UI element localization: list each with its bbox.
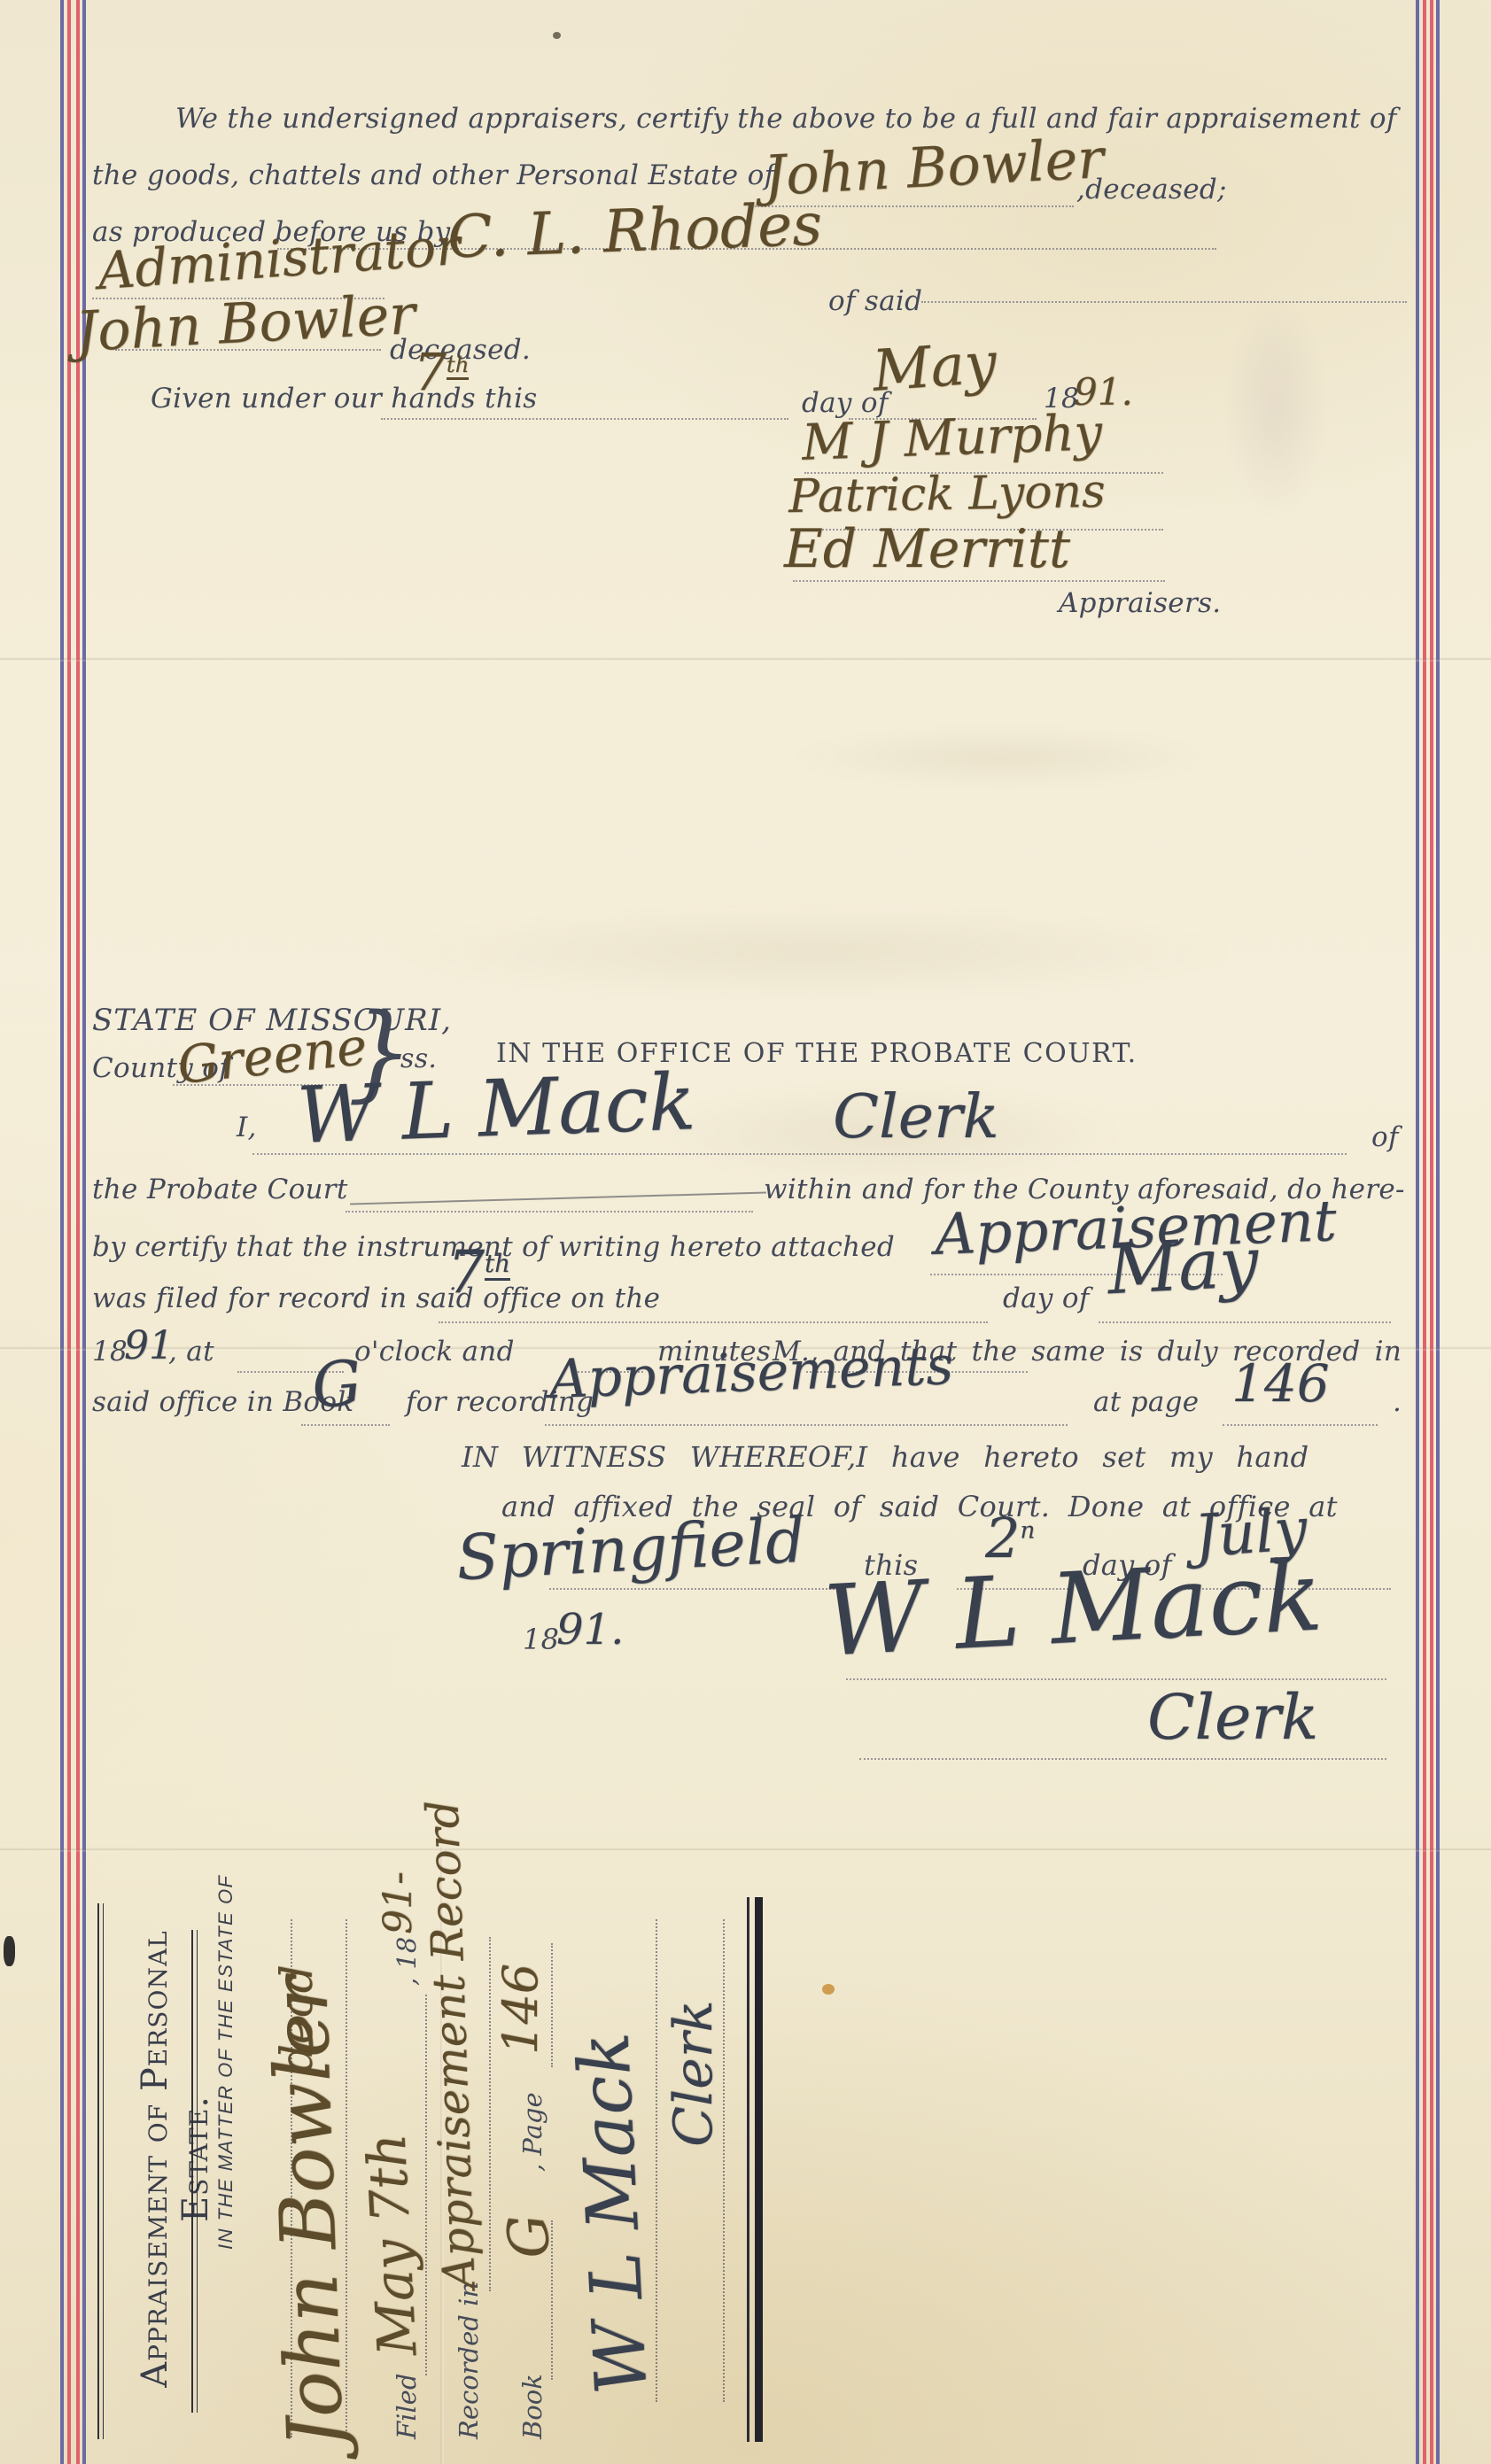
dotted-line: [921, 301, 1407, 303]
dotted-line: [439, 1321, 988, 1323]
docket-title: Appraisement of Personal Estate.: [135, 1873, 216, 2445]
witness-year-printed: 18: [523, 1623, 559, 1656]
dotted-line: [301, 1424, 390, 1426]
dotted-line: [381, 418, 788, 420]
document-scan: We the undersigned appraisers, certify t…: [0, 0, 1491, 2464]
ink-bleed-ghost: [372, 903, 1258, 1001]
docket-rule-bottom-thin: [747, 1897, 749, 2442]
docket-filed-label: Filed: [392, 2374, 422, 2439]
dotted-line: [115, 349, 381, 351]
docket-rule-bottom-thick: [755, 1897, 763, 2442]
page-entry: 146: [1231, 1353, 1330, 1414]
filed-day-entry: 7th: [447, 1238, 510, 1306]
clerk-signature-title: Clerk: [1147, 1681, 1318, 1754]
docket-dotted-line: [723, 1919, 725, 2402]
i-label: I,: [237, 1112, 257, 1143]
docket-rule-top: [97, 1903, 104, 2439]
docket-book-entry: G: [494, 2212, 563, 2261]
dotted-line: [545, 1424, 1068, 1426]
docket-page-label: , Page: [517, 2092, 547, 2172]
fold-crease: [0, 657, 1491, 662]
period: .: [1393, 1386, 1402, 1418]
docket-book-label: Book: [517, 2374, 547, 2439]
at-page-label: at page: [1093, 1386, 1199, 1418]
docket-dotted-line: [656, 1919, 657, 2402]
docket-page-entry: 146: [493, 1964, 548, 2055]
paper-speck: [553, 32, 561, 39]
filed-day-suffix: th: [485, 1249, 510, 1281]
probate-court-label: the Probate Court: [92, 1174, 348, 1205]
docket-clerk-signature: W L Mack: [562, 2031, 663, 2397]
book-entry: G: [309, 1346, 365, 1423]
paper-smudge: [1223, 292, 1329, 523]
filed-text: was filed for record in said office on t…: [92, 1282, 660, 1314]
docket-decd-entry: decd: [271, 1964, 322, 2073]
witness-day-suffix: n: [1020, 1517, 1035, 1544]
dotted-line: [346, 1211, 753, 1213]
dotted-line: [1223, 1424, 1378, 1426]
day-suffix: th: [447, 352, 469, 380]
certify-line2-end: ,deceased;: [1076, 174, 1227, 205]
administrator-name-entry: C. L. Rhodes: [447, 190, 823, 272]
dotted-line: [859, 1758, 1386, 1760]
docket-dotted-line: [551, 1943, 553, 2067]
paper-stain: [822, 1984, 835, 1995]
docket-rule-2: [191, 1930, 198, 2413]
recording-type-entry: Appraisements: [548, 1335, 954, 1411]
dotted-line: [1099, 1321, 1391, 1323]
docket-year-written: 91-: [376, 1871, 421, 1934]
probate-year-printed: 18: [92, 1336, 128, 1368]
dotted-line: [793, 580, 1165, 582]
day-number: 7: [414, 342, 447, 402]
appraiser-signature-1: M J Murphy: [801, 404, 1103, 472]
month-entry: May: [871, 330, 999, 405]
certify-line2-text: the goods, chattels and other Personal E…: [92, 159, 774, 191]
filed-day-of-label: day of: [1003, 1282, 1090, 1314]
ink-bleed-ghost: [780, 726, 1223, 788]
docket-matter-label: IN THE MATTER OF THE ESTATE OF: [214, 1875, 237, 2251]
docket-filed-date-entry: May 7th: [355, 2132, 429, 2357]
right-border-red-outer: [1430, 0, 1433, 2464]
of-label: of: [1371, 1121, 1399, 1153]
filed-day-number: 7: [447, 1238, 485, 1306]
dotted-line: [846, 1678, 1386, 1680]
stray-ink-stroke: [350, 1191, 766, 1205]
of-said-label: of said: [828, 285, 922, 317]
edge-mark: [4, 1936, 15, 1966]
given-under-hands-text: Given under our hands this: [151, 383, 538, 415]
day-entry: 7th: [414, 342, 469, 402]
docket-clerk-title: Clerk: [663, 2000, 725, 2147]
appraiser-signature-2: Patrick Lyons: [788, 465, 1107, 523]
appraiser-signature-3: Ed Merritt: [784, 518, 1070, 580]
filed-month-entry: May: [1106, 1223, 1261, 1311]
probate-year-written: 91: [124, 1323, 174, 1368]
dotted-line: [549, 1588, 842, 1590]
witness-line1: IN WITNESS WHEREOF,I have hereto set my …: [462, 1440, 1309, 1474]
docket-year-printed: , 18: [392, 1937, 422, 1986]
clerk-title-entry: Clerk: [833, 1082, 999, 1152]
certify-line1: We the undersigned appraisers, certify t…: [175, 103, 1397, 135]
docket-dotted-line: [489, 1937, 491, 2291]
appraisers-label: Appraisers.: [1059, 587, 1221, 619]
docket-recorded-label: Recorded in: [454, 2282, 484, 2439]
docket-panel: Appraisement of Personal Estate. IN THE …: [53, 1851, 788, 2464]
at-label: , at: [168, 1336, 214, 1368]
right-border-red-inner: [1423, 0, 1426, 2464]
oclock-label: o'clock and: [354, 1336, 515, 1368]
clerk-name-entry: W L Mack: [295, 1056, 696, 1161]
witness-year-written: 91.: [556, 1605, 624, 1654]
right-border-blue-inner: [1416, 0, 1419, 2464]
right-border-blue-outer: [1436, 0, 1440, 2464]
